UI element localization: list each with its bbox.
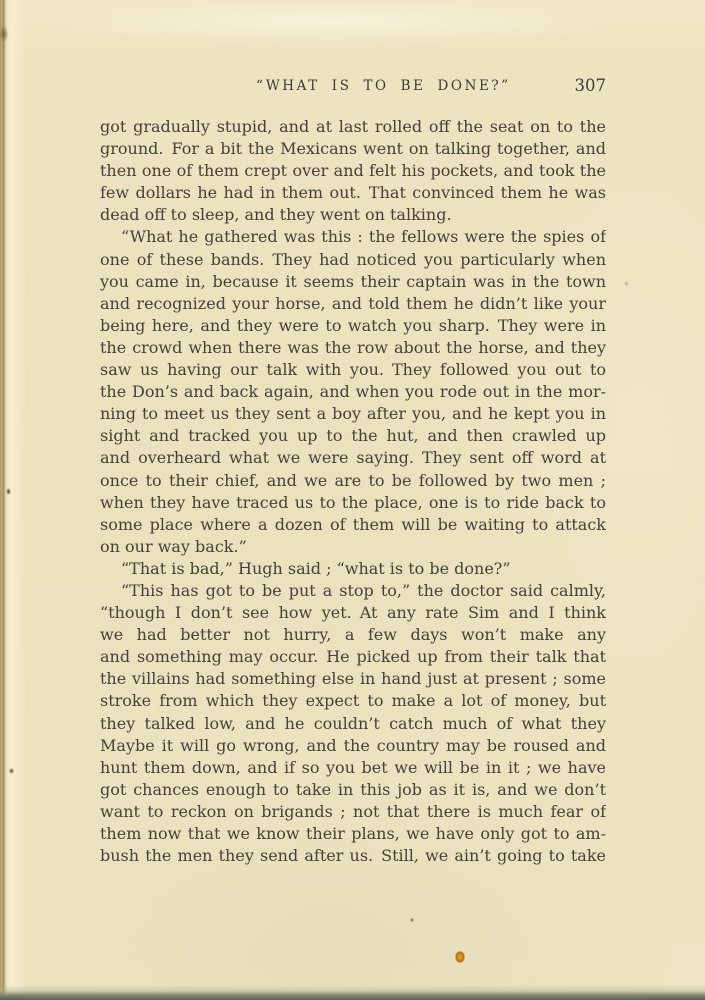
text-line: “though I don’t see how yet. At any rate… xyxy=(100,602,606,624)
text-line: then one of them crept over and felt his… xyxy=(100,160,606,182)
text-line: “That is bad,” Hugh said ; “what is to b… xyxy=(100,558,606,580)
text-line: on our way back.” xyxy=(100,536,606,558)
page-header: “WHAT IS TO BE DONE?” 307 xyxy=(100,76,606,98)
text-line: and overheard what we were saying. They … xyxy=(100,447,606,469)
text-line: few dollars he had in them out. That con… xyxy=(100,182,606,204)
text-line: the Don’s and back again, and when you r… xyxy=(100,381,606,403)
text-line: “This has got to be put a stop to,” the … xyxy=(100,580,606,602)
text-line: they talked low, and he couldn’t catch m… xyxy=(100,713,606,735)
text-line: once to their chief, and we are to be fo… xyxy=(100,470,606,492)
text-line: “What he gathered was this : the fellows… xyxy=(100,226,606,248)
text-line: dead off to sleep, and they went on talk… xyxy=(100,204,606,226)
text-line: ning to meet us they sent a boy after yo… xyxy=(100,403,606,425)
text-line: Maybe it will go wrong, and the country … xyxy=(100,735,606,757)
text-line: and something may occur. He picked up fr… xyxy=(100,646,606,668)
paragraph: “That is bad,” Hugh said ; “what is to b… xyxy=(100,558,606,580)
text-line: hunt them down, and if so you bet we wil… xyxy=(100,757,606,779)
text-line: some place where a dozen of them will be… xyxy=(100,514,606,536)
bottom-edge-shadow xyxy=(0,985,705,1000)
page-number: 307 xyxy=(575,76,607,95)
page-left-edge xyxy=(0,0,26,1000)
text-line: when they have traced us to the place, o… xyxy=(100,492,606,514)
text-line: sight and tracked you up to the hut, and… xyxy=(100,425,606,447)
book-page-scan: “WHAT IS TO BE DONE?” 307 got gradually … xyxy=(0,0,705,1000)
text-line: one of these bands. They had noticed you… xyxy=(100,249,606,271)
paper-speck xyxy=(410,918,414,922)
paper-speck xyxy=(6,488,11,495)
foxing-spot xyxy=(455,951,465,963)
paragraph: “What he gathered was this : the fellows… xyxy=(100,226,606,557)
text-block: got gradually stupid, and at last rolled… xyxy=(100,116,606,867)
text-line: we had better not hurry, a few days won’… xyxy=(100,624,606,646)
text-line: got chances enough to take in this job a… xyxy=(100,779,606,801)
text-line: the villains had something else in hand … xyxy=(100,668,606,690)
text-line: being here, and they were to watch you s… xyxy=(100,315,606,337)
text-line: bush the men they send after us. Still, … xyxy=(100,845,606,867)
paper-speck xyxy=(9,768,14,774)
paragraph: “This has got to be put a stop to,” the … xyxy=(100,580,606,867)
running-title: “WHAT IS TO BE DONE?” xyxy=(256,78,511,94)
text-line: ground. For a bit the Mexicans went on t… xyxy=(100,138,606,160)
page-edge-notch xyxy=(0,22,13,46)
text-line: want to reckon on brigands ; not that th… xyxy=(100,801,606,823)
paragraph: got gradually stupid, and at last rolled… xyxy=(100,116,606,226)
text-line: saw us having our talk with you. They fo… xyxy=(100,359,606,381)
text-line: got gradually stupid, and at last rolled… xyxy=(100,116,606,138)
text-line: them now that we know their plans, we ha… xyxy=(100,823,606,845)
text-line: the crowd when there was the row about t… xyxy=(100,337,606,359)
paper-speck xyxy=(624,281,629,286)
text-line: you came in, because it seems their capt… xyxy=(100,271,606,293)
text-line: stroke from which they expect to make a … xyxy=(100,690,606,712)
text-line: and recognized your horse, and told them… xyxy=(100,293,606,315)
